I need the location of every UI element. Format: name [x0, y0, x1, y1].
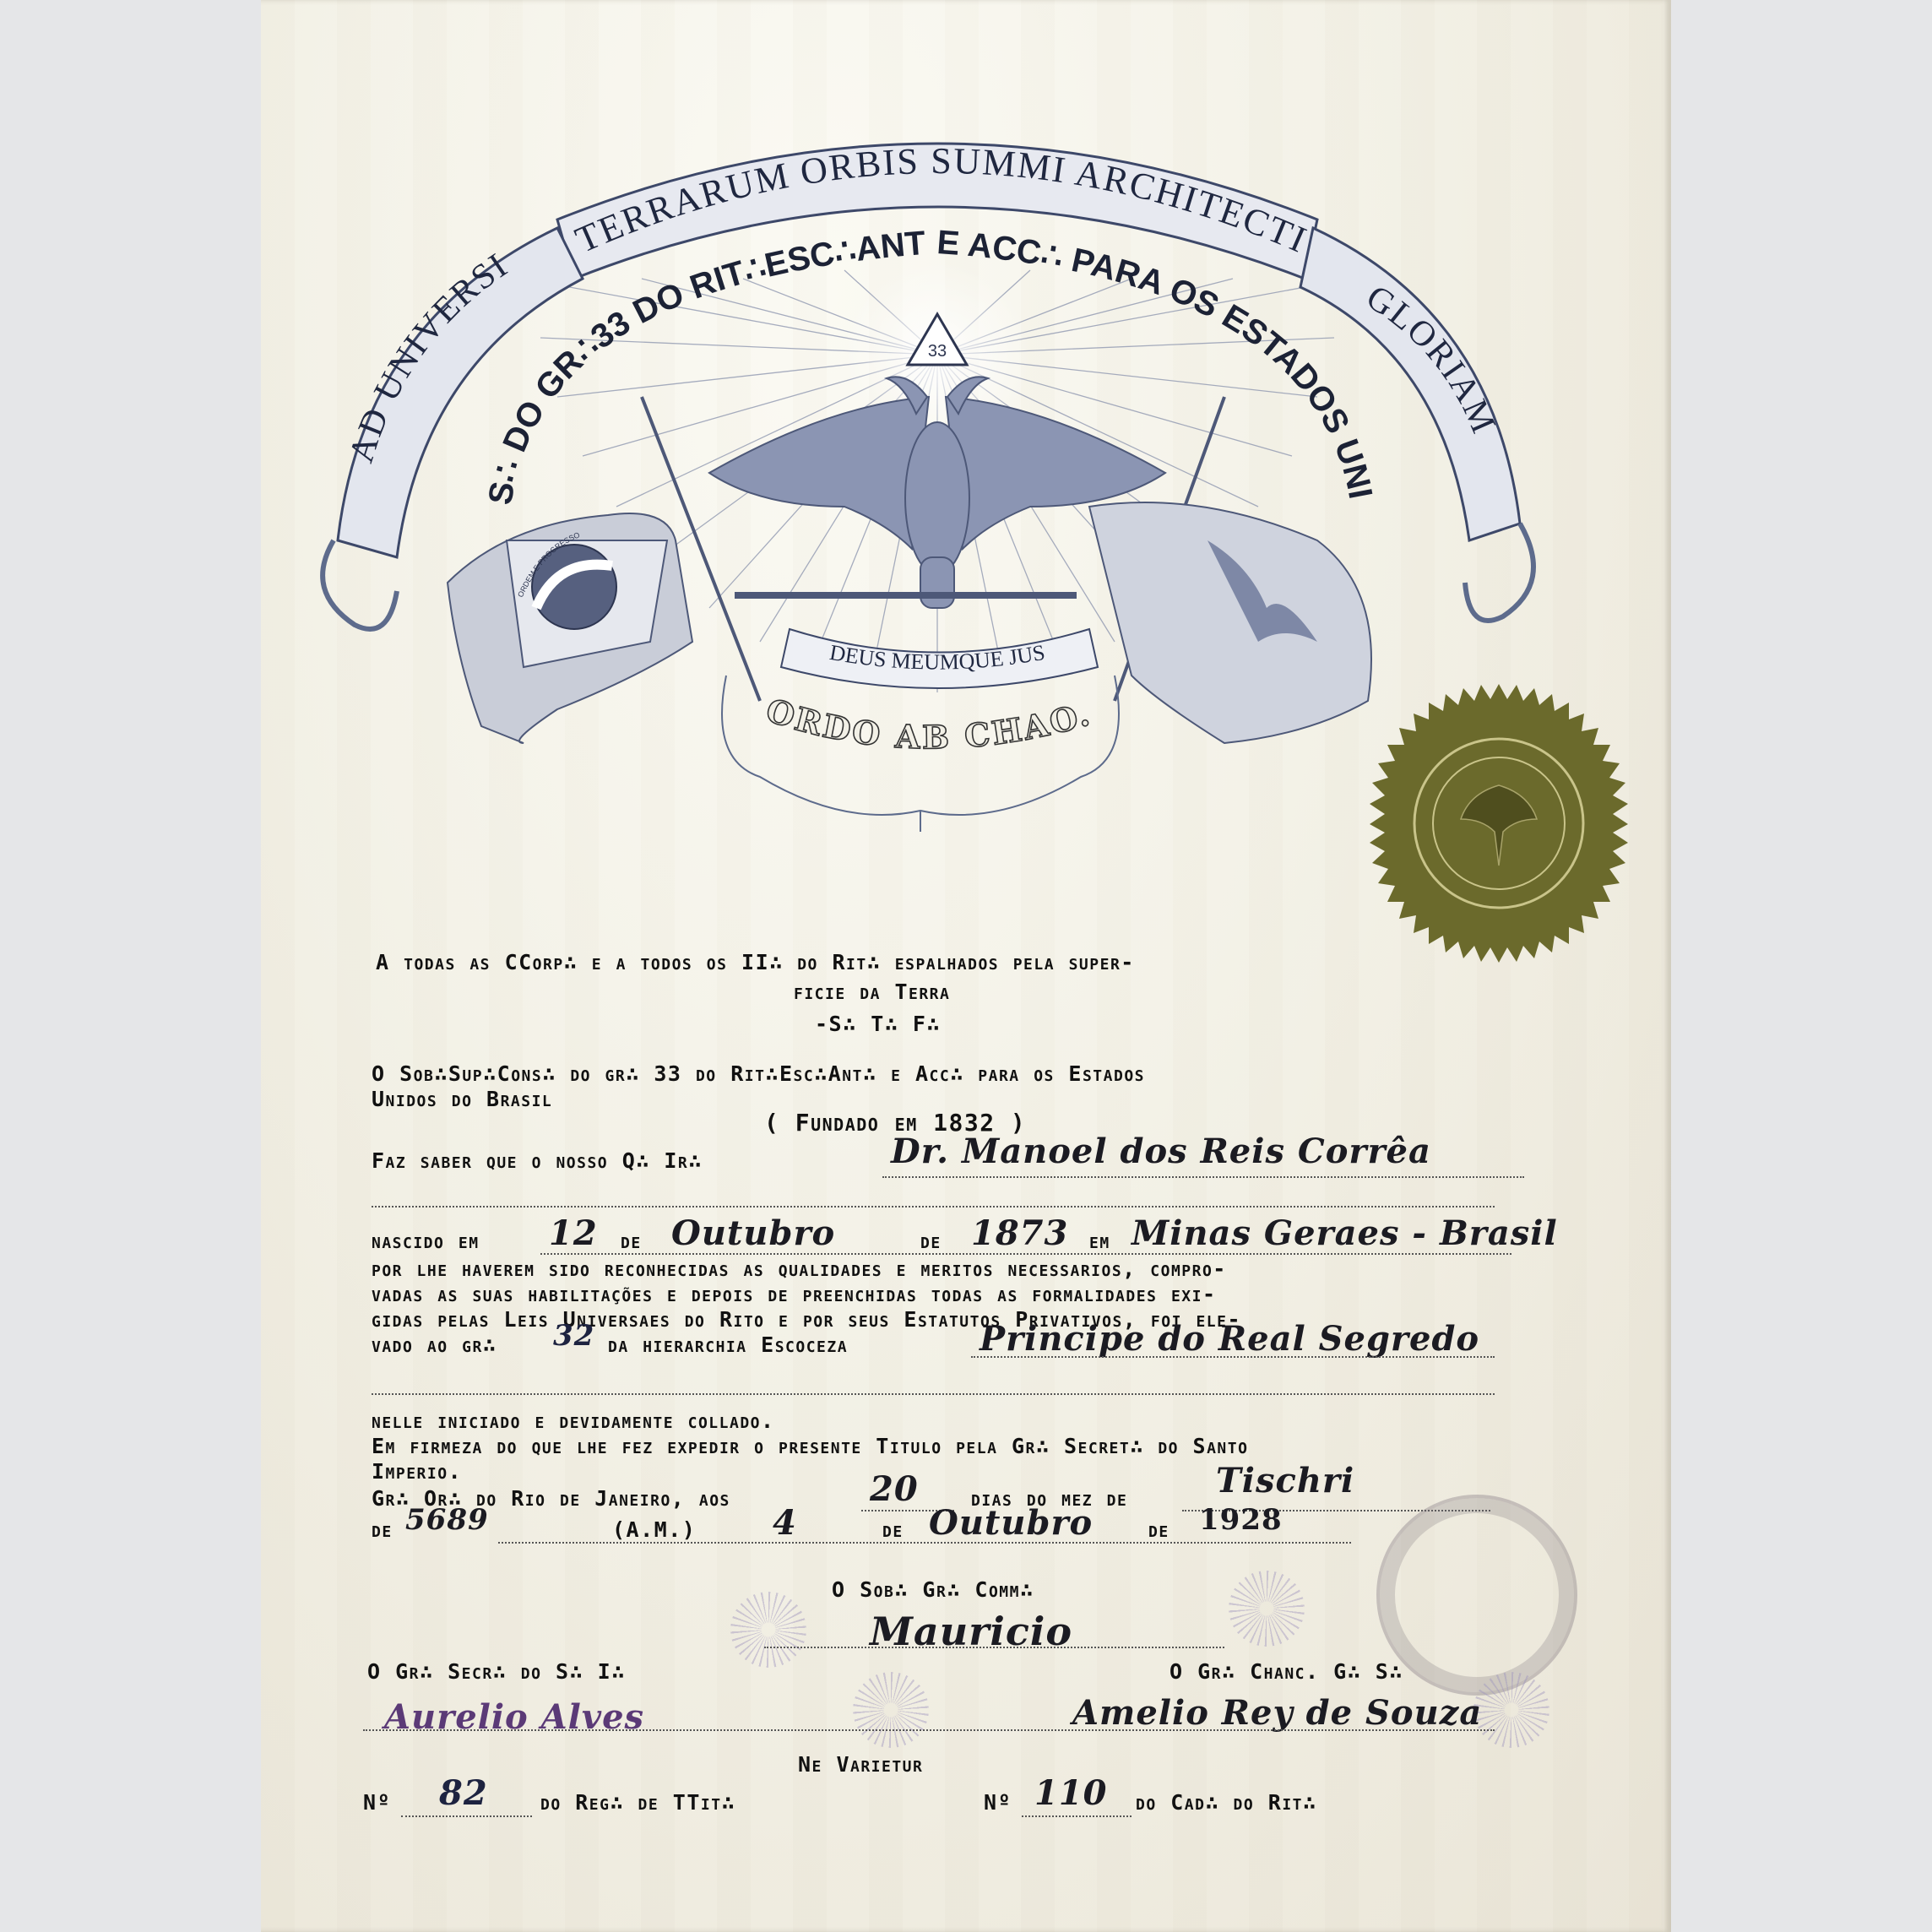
secretary-label: O Gr∴ Secr∴ do S∴ I∴ [367, 1659, 626, 1684]
month-civil: Outubro [929, 1503, 1093, 1543]
deus-meumque-jus-ribbon: DEUS MEUMQUE JUS [781, 629, 1098, 688]
firmeza-line-2: Imperio. [372, 1459, 462, 1484]
member-name: Dr. Manoel dos Reis Corrêa [891, 1132, 1431, 1171]
merits-line-1: por lhe haverem sido reconhecidas as qua… [372, 1256, 1227, 1281]
de-label: de [1148, 1517, 1170, 1542]
cadastre-number: 110 [1034, 1773, 1108, 1813]
de-label: de [621, 1229, 642, 1253]
sunburst-stamp-icon [1473, 1672, 1549, 1748]
hierarquia-label: da hierarchia Escoceza [608, 1332, 848, 1357]
sunburst-stamp-icon [853, 1672, 929, 1748]
birth-year: 1873 [971, 1213, 1068, 1253]
de-label: de [920, 1229, 942, 1253]
ink-stamp-seal [1376, 1495, 1577, 1696]
address-line-2: ficie da Terra [794, 980, 950, 1004]
council-line-2: Unidos do Brasil [372, 1087, 552, 1111]
year-civil: 1928 [1199, 1503, 1283, 1537]
cadastre-label: do Cad∴ do Rit∴ [1136, 1790, 1317, 1815]
salutation: -S∴ T∴ F∴ [815, 1012, 941, 1036]
registry-label: do Reg∴ de TTit∴ [540, 1790, 735, 1815]
brazil-flag-icon: ORDEM E PROGRESSO [448, 513, 692, 743]
de-label: de [882, 1517, 904, 1542]
registry-number: 82 [439, 1773, 488, 1813]
day-civil: 4 [773, 1503, 797, 1543]
sunburst-stamp-icon [1229, 1571, 1305, 1647]
birth-day: 12 [549, 1213, 598, 1253]
number-label: Nº [363, 1790, 391, 1815]
birth-place: Minas Geraes - Brasil [1132, 1213, 1558, 1253]
chancellor-label: O Gr∴ Chanc. G∴ S∴ [1170, 1659, 1403, 1684]
sunburst-stamp-icon [730, 1592, 806, 1668]
chancellor-signature: Amelio Rey de Souza [1072, 1693, 1482, 1733]
commander-label: O Sob∴ Gr∴ Comm∴ [832, 1577, 1034, 1602]
svg-text:33: 33 [928, 342, 947, 361]
day-hebrew: 20 [870, 1469, 919, 1509]
svg-text:ORDO AB CHAO.: ORDO AB CHAO. [762, 691, 1096, 757]
month-hebrew: Tischri [1216, 1461, 1354, 1501]
elevado-label: vado ao gr∴ [372, 1332, 497, 1357]
birth-month: Outubro [671, 1213, 835, 1253]
merits-line-2: vadas as suas habilitações e depois de p… [372, 1282, 1217, 1306]
address-line-1: A todas as CCorp∴ e a todos os II∴ do Ri… [376, 950, 1135, 974]
faz-saber-label: Faz saber que o nosso Q∴ Ir∴ [372, 1148, 703, 1173]
firmeza-line-1: Em firmeza do que lhe fez expedir o pres… [372, 1434, 1248, 1458]
de-label: de [372, 1517, 393, 1542]
degree-number: 32 [553, 1319, 594, 1353]
year-am: 5689 [405, 1503, 489, 1537]
nascido-label: nascido em [372, 1229, 480, 1253]
em-label: em [1089, 1229, 1110, 1253]
ne-varietur: Ne Varietur [798, 1752, 923, 1777]
number-label: Nº [984, 1790, 1012, 1815]
am-label: (A.M.) [612, 1517, 696, 1542]
supreme-council-flag-icon [1089, 502, 1371, 743]
degree-title: Principe do Real Segredo [980, 1319, 1479, 1359]
collado-line: nelle iniciado e devidamente collado. [372, 1408, 775, 1433]
council-line-1: O Sob∴Sup∴Cons∴ do gr∴ 33 do Rit∴Esc∴Ant… [372, 1061, 1145, 1086]
gold-embossed-seal [1359, 684, 1638, 963]
